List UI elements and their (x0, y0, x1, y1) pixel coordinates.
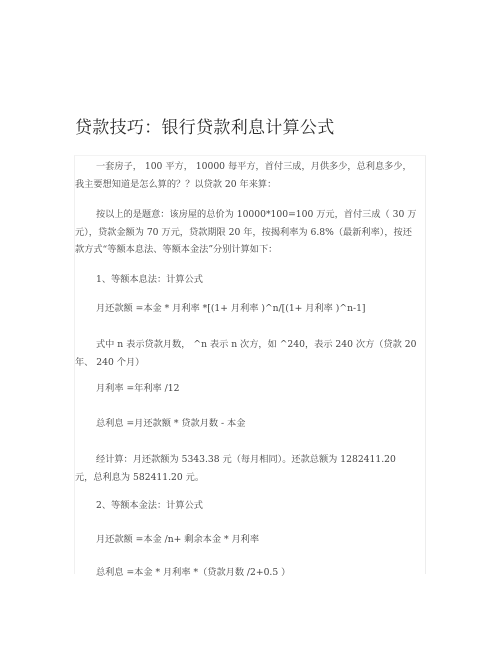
formula-total-interest-2: 总利息 =本金 * 月利率 *（贷款月数 /2+0.5 ） (75, 564, 417, 582)
document-title: 贷款技巧：银行贷款利息计算公式 (75, 117, 335, 139)
formula-monthly-rate: 月利率 =年利率 /12 (75, 380, 417, 398)
article-content-box: 一套房子， 100 平方， 10000 每平方，首付三成，月供多少，总利息多少，… (74, 155, 426, 574)
paragraph-problem-setup: 按以上的是题意：该房屋的总价为 10000*100=100 万元，首付三成（ 3… (75, 206, 417, 259)
heading-equal-installment: 1、等额本息法：计算公式 (75, 271, 417, 289)
formula-monthly-payment-1: 月还款额 =本金 * 月利率 *[(1+ 月利率 )^n/[(1+ 月利率 )^… (75, 300, 417, 318)
paragraph-n-explanation: 式中 n 表示贷款月数， ^n 表示 n 次方，如 ^240，表示 240 次方… (75, 336, 417, 371)
paragraph-calculation-result: 经计算：月还款额为 5343.38 元（每月相同）。还款总额为 1282411.… (75, 451, 417, 486)
formula-total-interest-1: 总利息 =月还款额 * 贷款月数 - 本金 (75, 415, 417, 433)
heading-equal-principal: 2、等额本金法：计算公式 (75, 497, 417, 515)
paragraph-question: 一套房子， 100 平方， 10000 每平方，首付三成，月供多少，总利息多少，… (75, 158, 417, 193)
formula-monthly-payment-2: 月还款额 =本金 /n+ 剩余本金 * 月利率 (75, 531, 417, 549)
